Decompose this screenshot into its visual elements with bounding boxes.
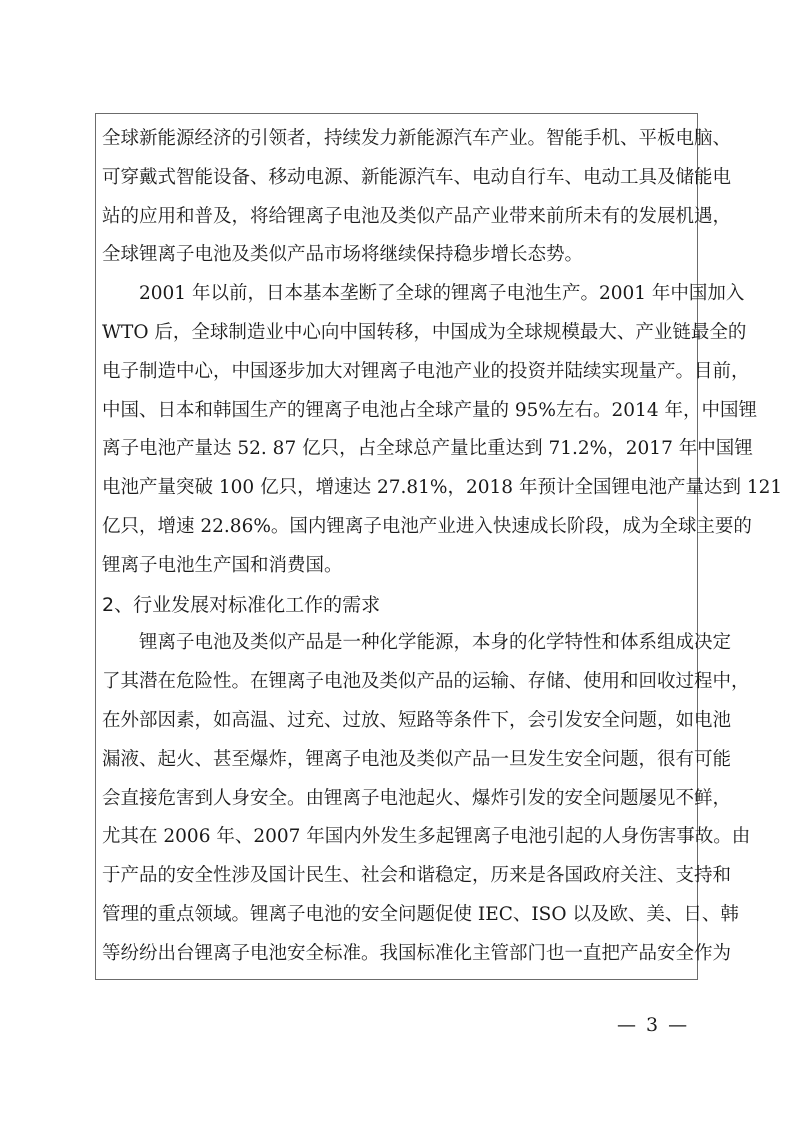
text-line: 锂离子电池及类似产品是一种化学能源，本身的化学特性和体系组成决定	[102, 624, 694, 663]
text-line: 会直接危害到人身安全。由锂离子电池起火、爆炸引发的安全问题屡见不鲜，	[102, 780, 694, 819]
text-line: 离子电池产量达 52. 87 亿只，占全球总产量比重达到 71.2%，2017 …	[102, 430, 694, 469]
text-line: 中国、日本和韩国生产的锂离子电池占全球产量的 95%左右。2014 年，中国锂	[102, 392, 694, 431]
paragraph-safety: 锂离子电池及类似产品是一种化学能源，本身的化学特性和体系组成决定 了其潜在危险性…	[102, 624, 694, 973]
text-line: 电子制造中心，中国逐步加大对锂离子电池产业的投资并陆续实现量产。目前，	[102, 353, 694, 392]
text-line: 漏液、起火、甚至爆炸，锂离子电池及类似产品一旦发生安全问题，很有可能	[102, 741, 694, 780]
page-number: — 3 —	[617, 1014, 689, 1036]
paragraph-intro-continued: 全球新能源经济的引领者，持续发力新能源汽车产业。智能手机、平板电脑、 可穿戴式智…	[102, 120, 694, 275]
text-line: 全球锂离子电池及类似产品市场将继续保持稳步增长态势。	[102, 244, 583, 265]
document-body: 全球新能源经济的引领者，持续发力新能源汽车产业。智能手机、平板电脑、 可穿戴式智…	[102, 120, 694, 974]
text-line: 了其潜在危险性。在锂离子电池及类似产品的运输、存储、使用和回收过程中，	[102, 663, 694, 702]
text-line: 于产品的安全性涉及国计民生、社会和谐稳定，历来是各国政府关注、支持和	[102, 857, 694, 896]
text-line: WTO 后，全球制造业中心向中国转移，中国成为全球规模最大、产业链最全的	[102, 314, 694, 353]
text-line: 站的应用和普及，将给锂离子电池及类似产品产业带来前所未有的发展机遇，	[102, 198, 694, 237]
text-line: 等纷纷出台锂离子电池安全标准。我国标准化主管部门也一直把产品安全作为	[102, 935, 694, 974]
content-frame: 全球新能源经济的引领者，持续发力新能源汽车产业。智能手机、平板电脑、 可穿戴式智…	[95, 113, 698, 980]
text-line: 2001 年以前，日本基本垄断了全球的锂离子电池生产。2001 年中国加入	[102, 275, 694, 314]
section-heading: 2、行业发展对标准化工作的需求	[102, 586, 694, 625]
text-line: 亿只，增速 22.86%。国内锂离子电池产业进入快速成长阶段，成为全球主要的	[102, 508, 694, 547]
text-line: 全球新能源经济的引领者，持续发力新能源汽车产业。智能手机、平板电脑、	[102, 120, 694, 159]
text-line: 尤其在 2006 年、2007 年国内外发生多起锂离子电池引起的人身伤害事故。由	[102, 818, 694, 857]
text-line: 在外部因素，如高温、过充、过放、短路等条件下，会引发安全问题，如电池	[102, 702, 694, 741]
text-line: 电池产量突破 100 亿只，增速达 27.81%，2018 年预计全国锂电池产量…	[102, 469, 694, 508]
text-line: 可穿戴式智能设备、移动电源、新能源汽车、电动自行车、电动工具及储能电	[102, 159, 694, 198]
text-line: 管理的重点领域。锂离子电池的安全问题促使 IEC、ISO 以及欧、美、日、韩	[102, 896, 694, 935]
paragraph-history: 2001 年以前，日本基本垄断了全球的锂离子电池生产。2001 年中国加入 WT…	[102, 275, 694, 585]
text-line: 锂离子电池生产国和消费国。	[102, 555, 343, 576]
